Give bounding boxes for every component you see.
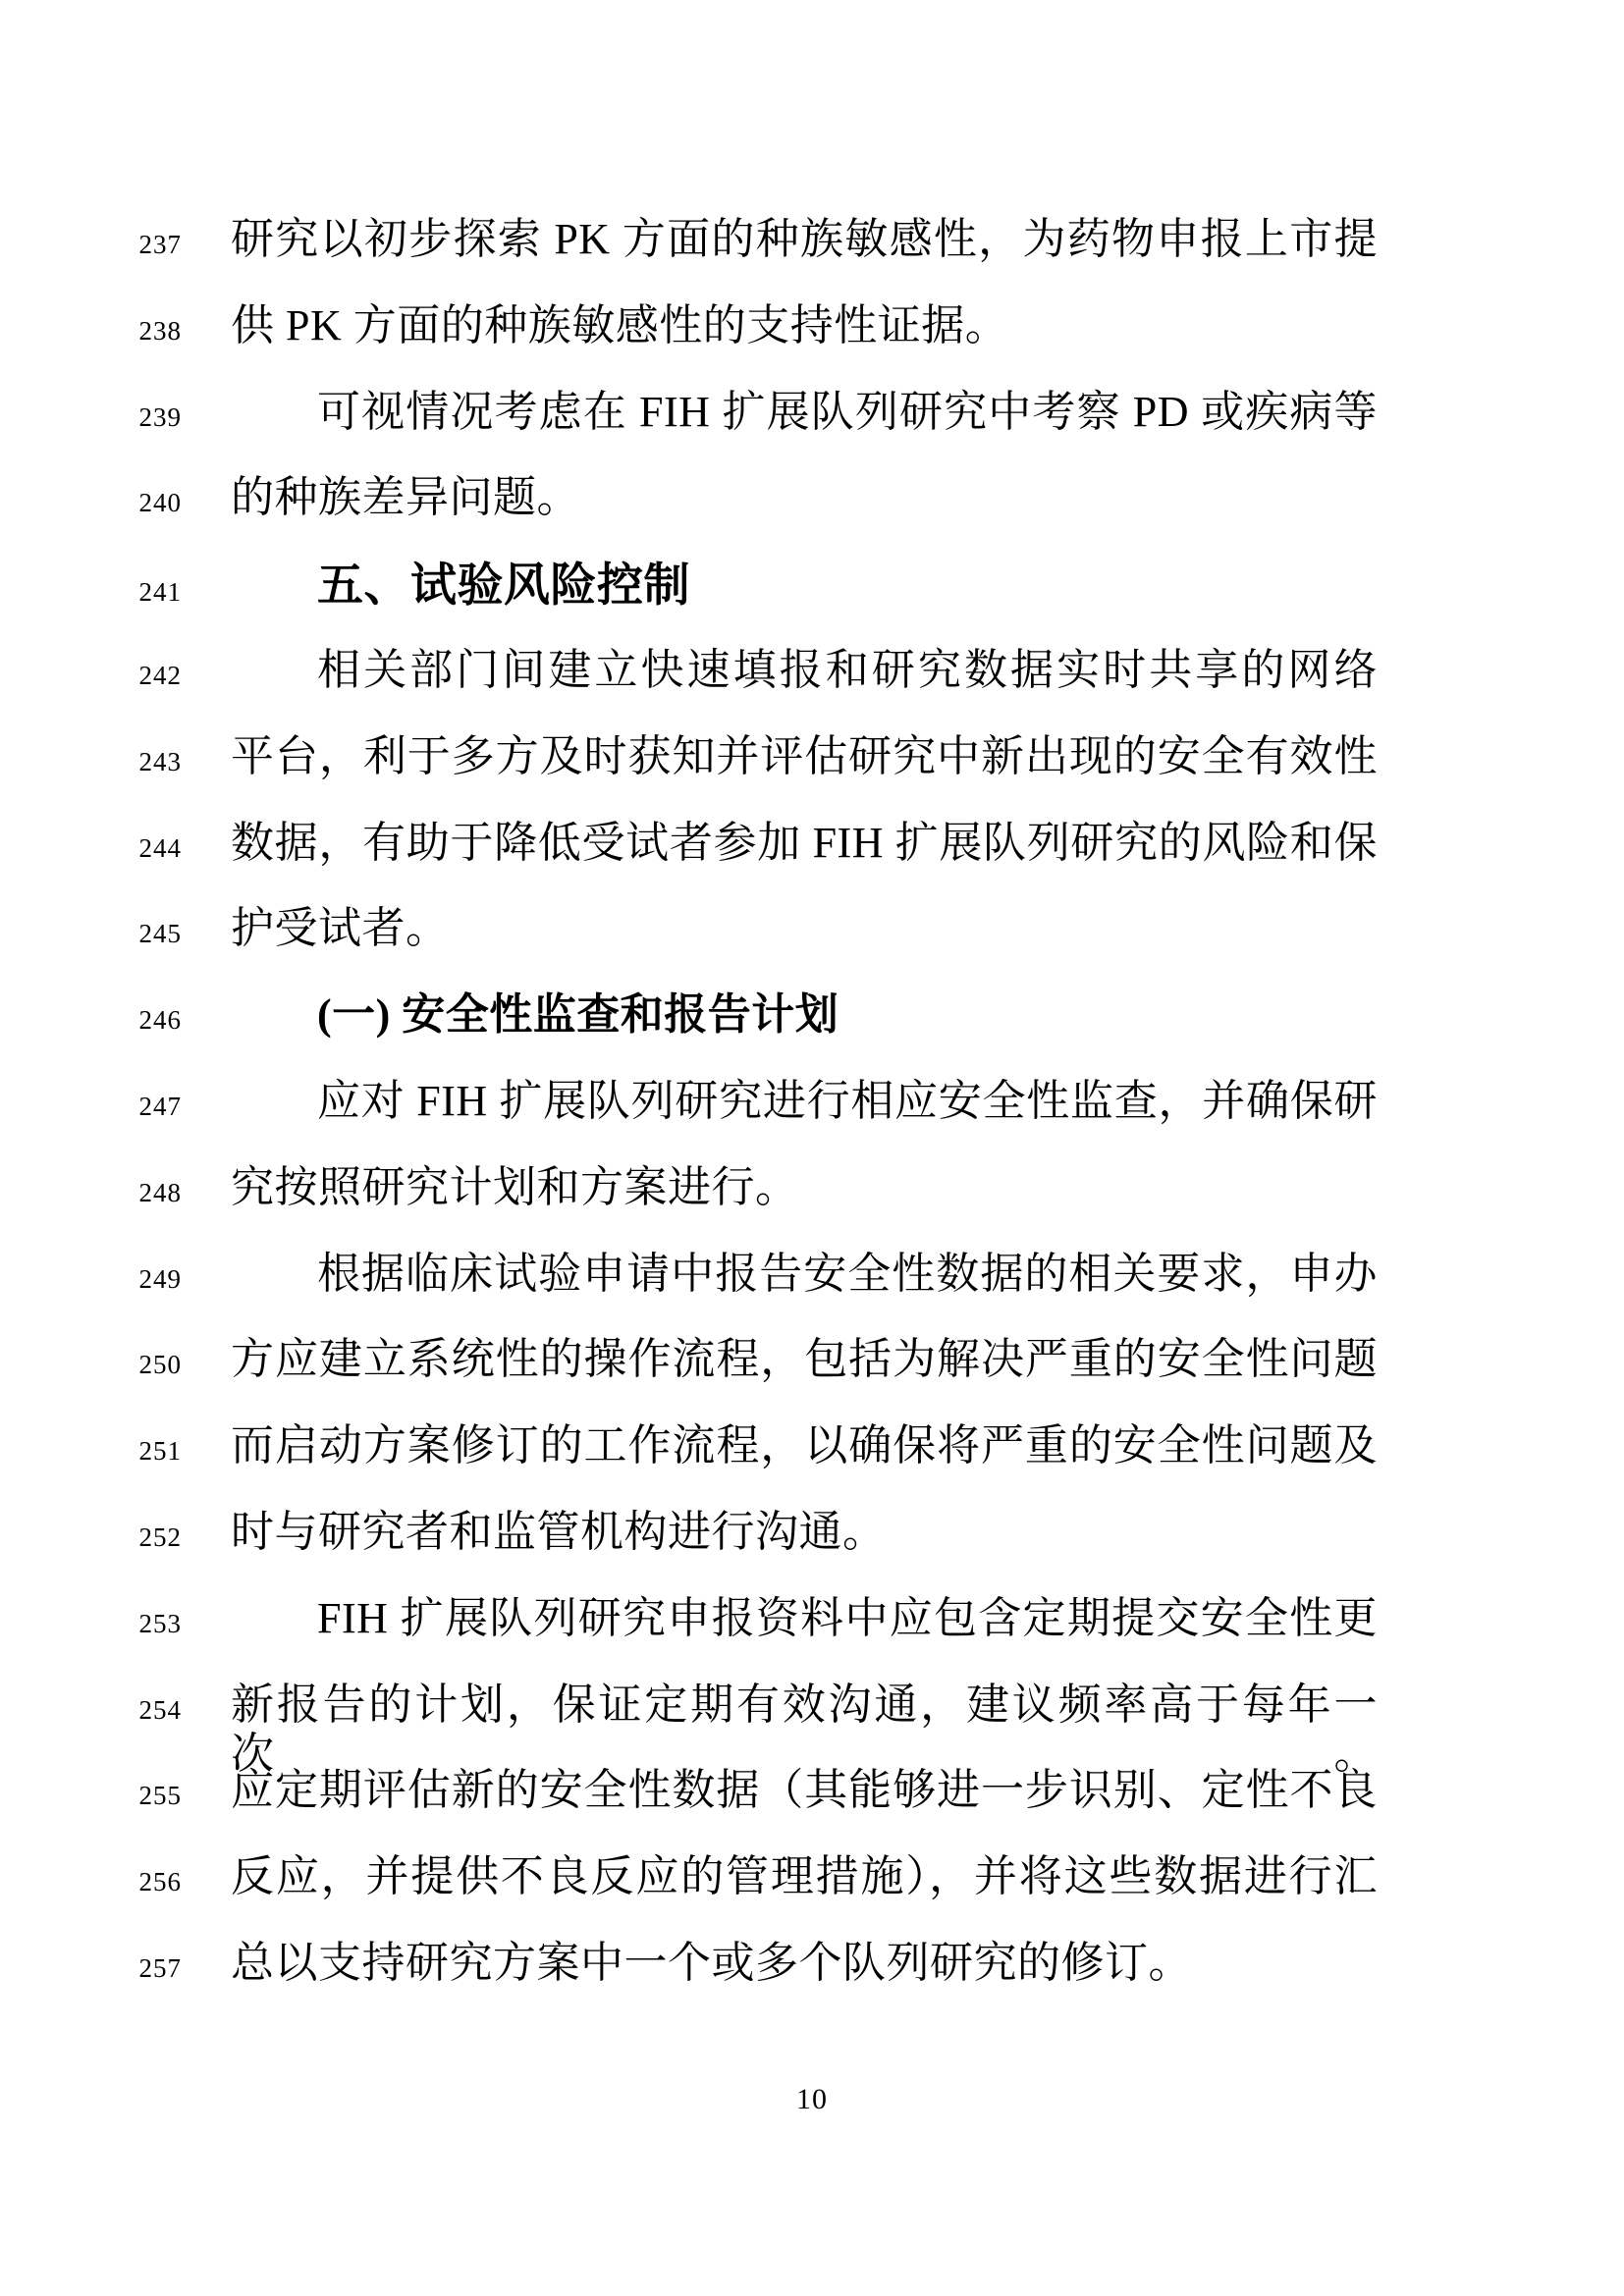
line-text: 方应建立系统性的操作流程，包括为解决严重的安全性问题 [231,1335,1378,1385]
document-line: 241 五、试验风险控制 [0,542,1624,628]
document-line: 239 可视情况考虑在 FIH 扩展队列研究中考察 PD 或疾病等 [0,370,1624,456]
line-number: 251 [0,1436,182,1467]
document-line: 256 反应，并提供不良反应的管理措施），并将这些数据进行汇 [0,1835,1624,1921]
document-line: 248 究按照研究计划和方案进行。 [0,1146,1624,1232]
line-text: 总以支持研究方案中一个或多个队列研究的修订。 [231,1939,1378,1989]
line-number: 246 [0,1005,182,1036]
line-text: 时与研究者和监管机构进行沟通。 [231,1508,1378,1558]
line-text: FIH 扩展队列研究申报资料中应包含定期提交安全性更 [231,1594,1378,1644]
document-line: 244 数据，有助于降低受试者参加 FIH 扩展队列研究的风险和保 [0,801,1624,887]
document-line: 250 方应建立系统性的操作流程，包括为解决严重的安全性问题 [0,1317,1624,1404]
line-number: 243 [0,747,182,777]
line-text: 根据临床试验申请中报告安全性数据的相关要求，申办 [231,1250,1378,1300]
line-number: 238 [0,316,182,347]
document-line: 245 护受试者。 [0,886,1624,973]
document-body: 237 研究以初步探索 PK 方面的种族敏感性，为药物申报上市提 238 供 P… [0,197,1624,2007]
document-line: 247 应对 FIH 扩展队列研究进行相应安全性监查，并确保研 [0,1059,1624,1146]
line-text: 的种族差异问题。 [231,473,1378,523]
line-number: 254 [0,1695,182,1726]
line-number: 248 [0,1178,182,1208]
document-line: 237 研究以初步探索 PK 方面的种族敏感性，为药物申报上市提 [0,197,1624,284]
line-text: 可视情况考虑在 FIH 扩展队列研究中考察 PD 或疾病等 [231,388,1378,438]
page-number: 10 [0,2083,1624,2116]
subsection-heading: (一) 安全性监查和报告计划 [231,990,1378,1041]
line-number: 250 [0,1350,182,1380]
document-line: 254 新报告的计划，保证定期有效沟通，建议频率高于每年一次。 [0,1663,1624,1749]
line-text: 反应，并提供不良反应的管理措施），并将这些数据进行汇 [231,1852,1378,1902]
document-line: 240 的种族差异问题。 [0,455,1624,542]
line-number: 239 [0,402,182,433]
line-text: 护受试者。 [231,904,1378,954]
line-number: 257 [0,1953,182,1984]
document-line: 246 (一) 安全性监查和报告计划 [0,973,1624,1059]
line-number: 245 [0,919,182,949]
line-text: 究按照研究计划和方案进行。 [231,1163,1378,1213]
document-line: 243 平台，利于多方及时获知并评估研究中新出现的安全有效性 [0,715,1624,801]
document-line: 251 而启动方案修订的工作流程，以确保将严重的安全性问题及 [0,1404,1624,1490]
section-heading: 五、试验风险控制 [231,560,1378,613]
document-line: 238 供 PK 方面的种族敏感性的支持性证据。 [0,284,1624,370]
line-number: 256 [0,1867,182,1897]
line-number: 241 [0,577,182,608]
line-text: 研究以初步探索 PK 方面的种族敏感性，为药物申报上市提 [231,215,1378,265]
line-number: 249 [0,1264,182,1295]
line-text: 数据，有助于降低受试者参加 FIH 扩展队列研究的风险和保 [231,819,1378,869]
document-line: 257 总以支持研究方案中一个或多个队列研究的修订。 [0,1921,1624,2007]
line-text: 供 PK 方面的种族敏感性的支持性证据。 [231,301,1378,351]
line-number: 237 [0,230,182,260]
document-page: 237 研究以初步探索 PK 方面的种族敏感性，为药物申报上市提 238 供 P… [0,0,1624,2296]
line-text: 新报告的计划，保证定期有效沟通，建议频率高于每年一次。 [231,1681,1378,1780]
line-text: 应对 FIH 扩展队列研究进行相应安全性监查，并确保研 [231,1077,1378,1127]
line-number: 244 [0,833,182,864]
line-number: 252 [0,1522,182,1553]
line-number: 255 [0,1781,182,1811]
document-line: 253 FIH 扩展队列研究申报资料中应包含定期提交安全性更 [0,1576,1624,1663]
line-number: 247 [0,1092,182,1122]
line-number: 240 [0,488,182,518]
line-number: 253 [0,1609,182,1639]
document-line: 242 相关部门间建立快速填报和研究数据实时共享的网络 [0,628,1624,715]
line-text: 相关部门间建立快速填报和研究数据实时共享的网络 [231,646,1378,696]
line-number: 242 [0,661,182,691]
document-line: 252 时与研究者和监管机构进行沟通。 [0,1490,1624,1576]
line-text: 平台，利于多方及时获知并评估研究中新出现的安全有效性 [231,732,1378,782]
document-line: 249 根据临床试验申请中报告安全性数据的相关要求，申办 [0,1232,1624,1318]
line-text: 应定期评估新的安全性数据（其能够进一步识别、定性不良 [231,1766,1378,1816]
line-text: 而启动方案修订的工作流程，以确保将严重的安全性问题及 [231,1421,1378,1471]
